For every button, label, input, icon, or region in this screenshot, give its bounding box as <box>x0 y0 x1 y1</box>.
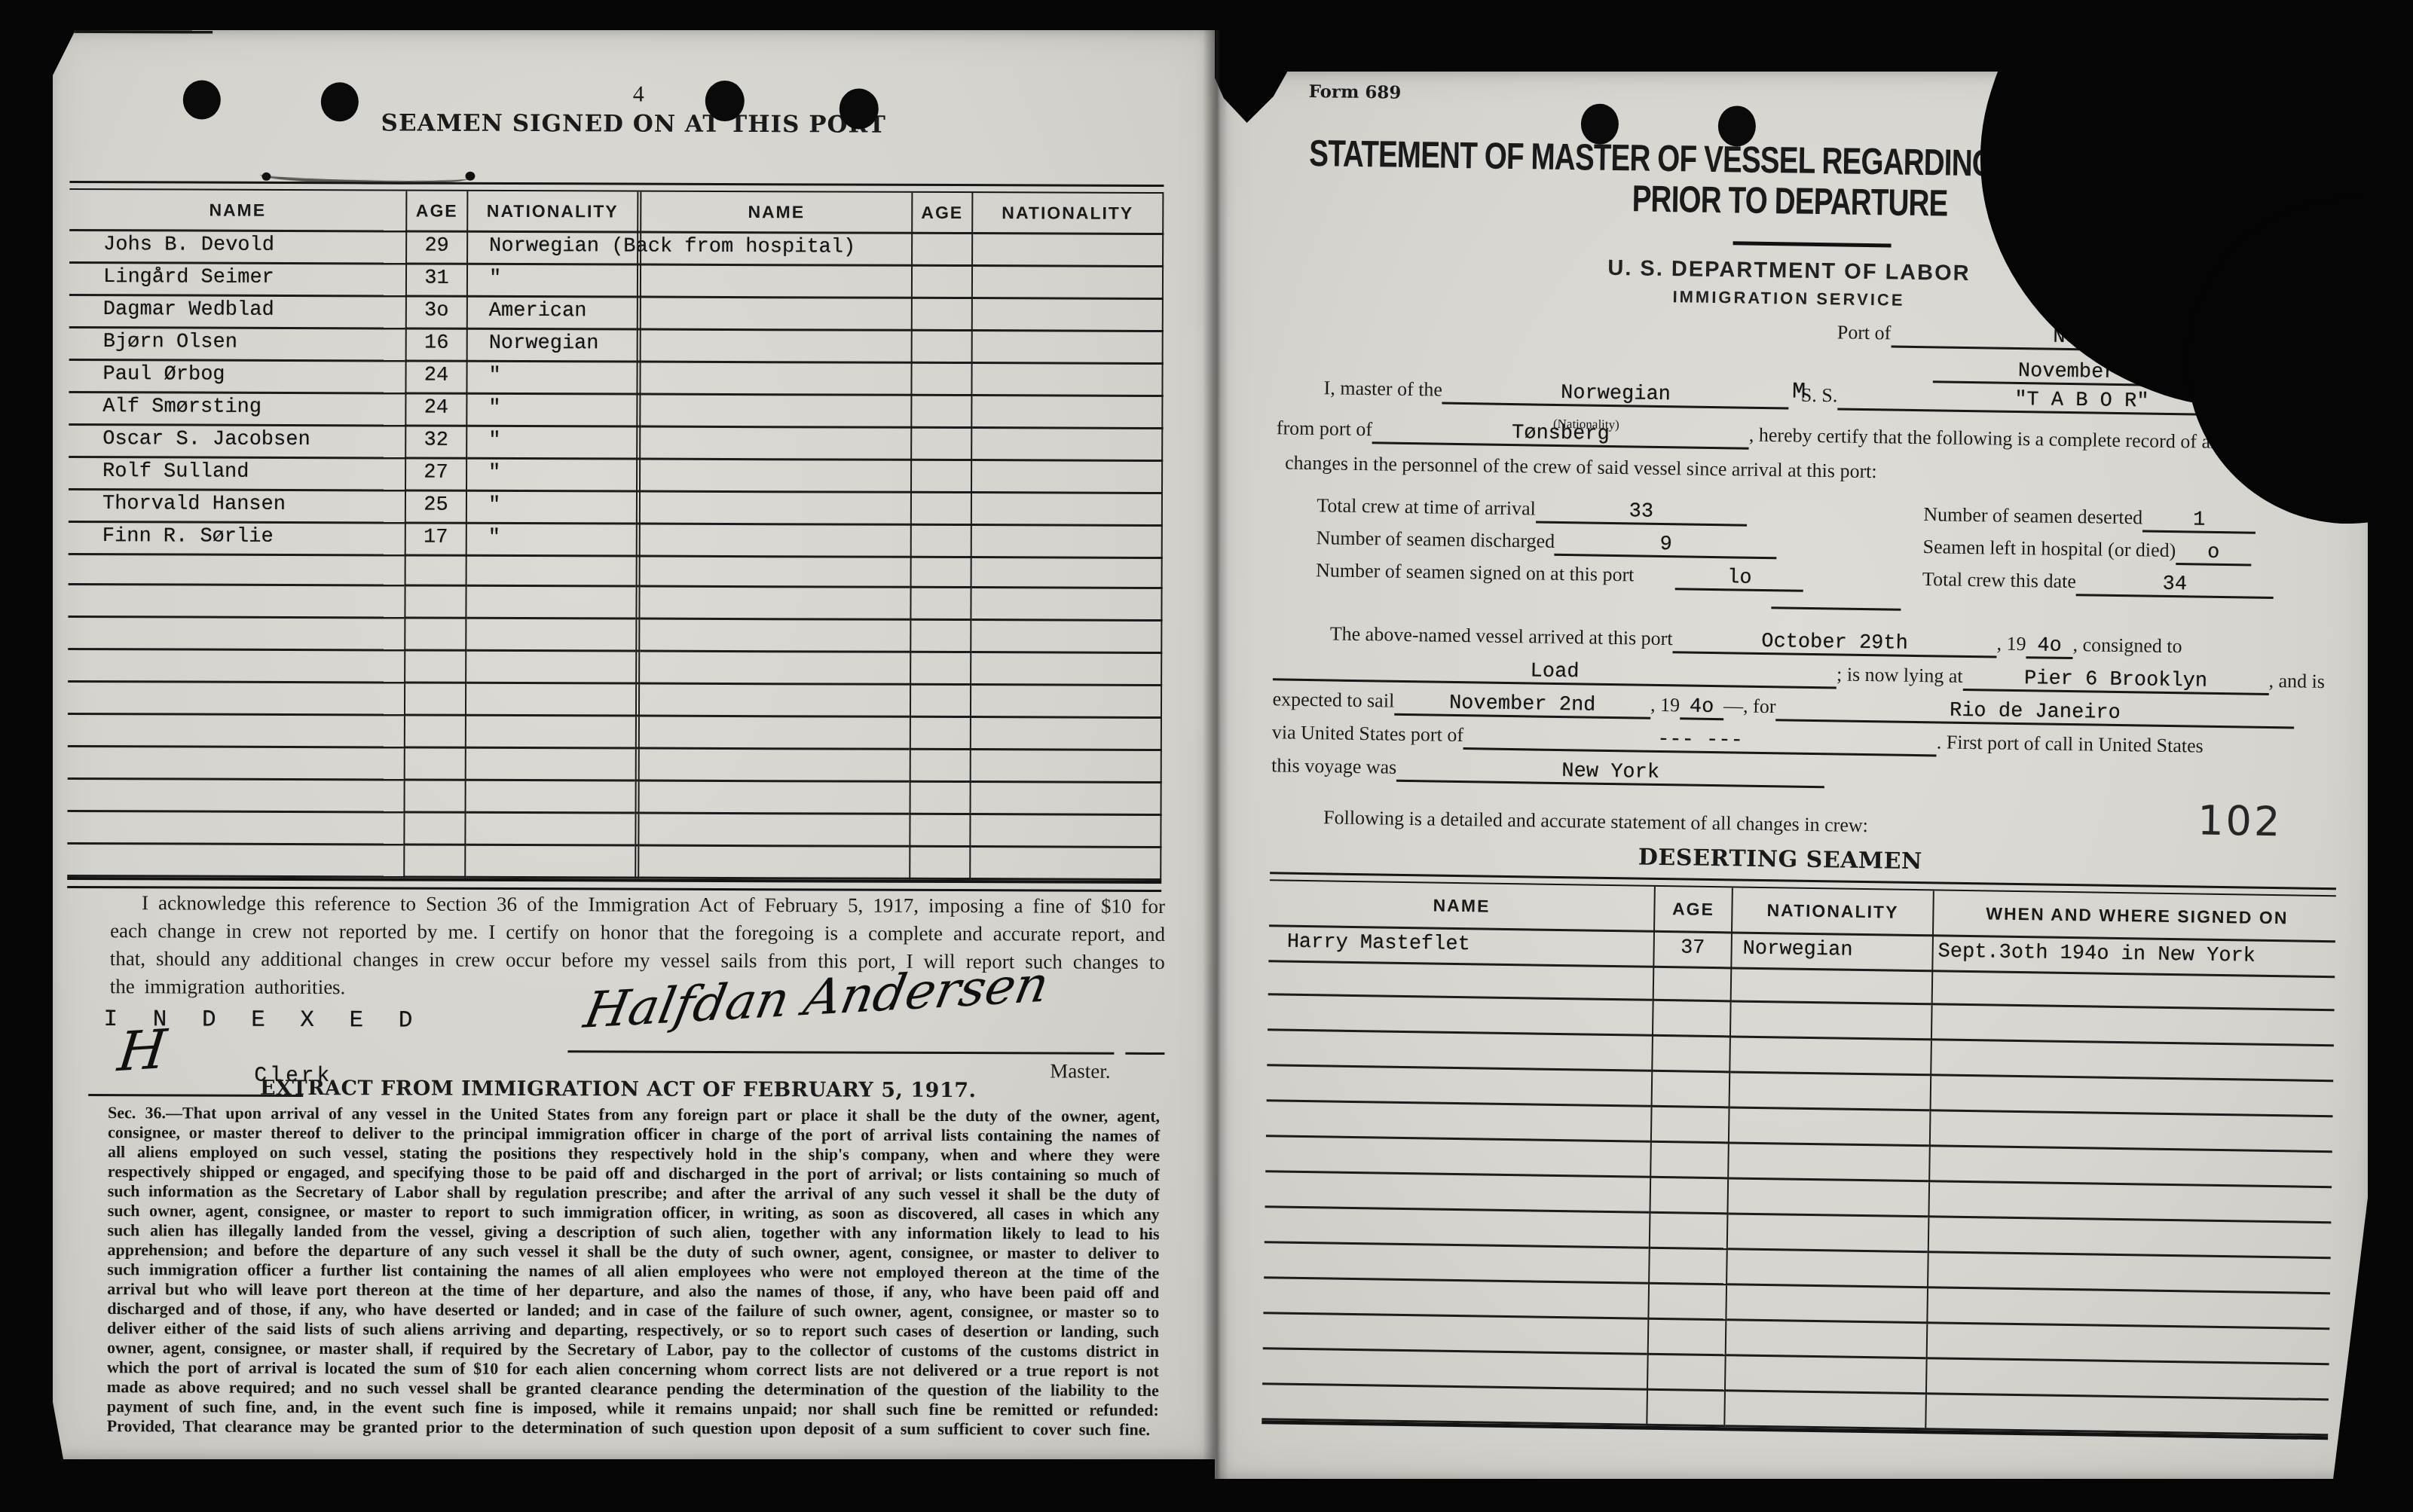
stat-hospital: Seamen left in hospital (or died)o <box>1922 536 2251 567</box>
col-header-age-2: AGE <box>911 193 973 234</box>
master-signature-line-end <box>1125 1052 1164 1055</box>
table-row: Lingård Seimer 31 " <box>69 261 1164 298</box>
table-row: Paul Ørbog 24 " <box>69 359 1163 395</box>
signed-on-table: NAME AGE NATIONALITY NAME AGE NATIONALIT… <box>67 181 1164 892</box>
stat-total-date: Total crew this date34 <box>1922 568 2274 599</box>
table-row: Dagmar Wedblad 3o American <box>69 294 1164 330</box>
col-header-nationality: NATIONALITY <box>1733 887 1933 936</box>
table-row-empty <box>68 715 1162 751</box>
following-line: Following is a detailed and accurate sta… <box>1323 806 1868 837</box>
vessel-nationality: Norwegian <box>1561 382 1671 406</box>
table-row: Oscar S. Jacobsen 32 " <box>69 423 1163 460</box>
vessel-prefix: S. S. <box>1801 384 1838 407</box>
punch-hole <box>705 81 745 121</box>
stamp-number: 102 <box>2197 797 2283 846</box>
left-page: 4 SEAMEN SIGNED ON AT THIS PORT NAME AGE… <box>53 30 1215 1459</box>
voyage-was-line: this voyage wasNew York <box>1271 754 1825 788</box>
table-row-empty <box>69 553 1163 589</box>
stat-total-arrival: Total crew at time of arrival33 <box>1317 494 1747 527</box>
via-line: via United States port of--- ---. First … <box>1272 721 2204 761</box>
form-number: Form 689 <box>1308 81 1401 103</box>
table-row-empty <box>68 780 1162 816</box>
punch-hole <box>183 80 221 119</box>
from-port-line: from port ofTønsberg, hereby certify tha… <box>1277 417 2222 457</box>
deserting-seamen-table: NAME AGE NATIONALITY WHEN AND WHERE SIGN… <box>1262 872 2336 1440</box>
table-row: Rolf Sulland 27 " <box>69 456 1163 492</box>
stat-discharged: Number of seamen discharged9 <box>1316 527 1777 559</box>
spare-blank-line <box>1771 606 1901 611</box>
punch-hole <box>840 89 879 130</box>
page-title: SEAMEN SIGNED ON AT THIS PORT <box>53 108 1215 139</box>
table-row-empty <box>68 747 1162 783</box>
right-page: Tabor 10/31 Form 689 STATEMENT OF MASTER… <box>1215 72 2368 1479</box>
section-divider <box>53 30 213 34</box>
title-divider <box>1733 241 1892 247</box>
table-row-empty <box>68 585 1162 622</box>
vessel-name: "T A B O R" <box>2014 389 2149 414</box>
table-row: Bjørn Olsen 16 Norwegian <box>69 326 1164 362</box>
col-header-age: AGE <box>405 191 468 232</box>
stat-signed-on: Number of seamen signed on at this portl… <box>1316 559 1804 592</box>
col-header-nationality: NATIONALITY <box>468 191 637 234</box>
col-header-name: NAME <box>69 190 405 233</box>
col-header-age: AGE <box>1653 887 1733 934</box>
arrived-line: The above-named vessel arrived at this p… <box>1330 622 2182 661</box>
scanned-document-spread: 4 SEAMEN SIGNED ON AT THIS PORT NAME AGE… <box>0 0 2413 1512</box>
table-row: Finn R. Sørlie 17 " <box>69 521 1163 557</box>
table-row-empty <box>68 650 1162 686</box>
ink-dot <box>261 173 271 181</box>
section-36-text: Sec. 36.—That upon arrival of any vessel… <box>107 1103 1161 1440</box>
table-row: Johs B. Devold 29 Norwegian (Back from h… <box>69 229 1164 265</box>
typed-m: M <box>1792 380 1806 405</box>
table-row: Thorvald Hansen 25 " <box>69 488 1163 524</box>
table-row-empty <box>68 618 1162 654</box>
from-port-value: Tønsberg <box>1512 422 1610 446</box>
stat-deserted: Number of seamen deserted1 <box>1923 503 2255 534</box>
table-row-empty <box>68 683 1162 719</box>
certify-line2: changes in the personnel of the crew of … <box>1285 452 1877 484</box>
col-header-name-2: NAME <box>641 192 911 234</box>
master-signature-line <box>567 1050 1114 1055</box>
table-row: Alf Smørsting 24 " <box>69 391 1163 427</box>
ink-dot <box>465 172 475 181</box>
page-number: 4 <box>633 82 644 108</box>
punch-hole <box>321 82 359 121</box>
center-fold <box>1203 30 1228 1479</box>
col-header-nationality-2: NATIONALITY <box>973 193 1164 235</box>
table-header-row: NAME AGE NATIONALITY NAME AGE NATIONALIT… <box>69 190 1164 233</box>
table-row-empty <box>67 845 1161 881</box>
table-row-empty <box>67 812 1161 848</box>
clerk-initials-handwriting: H <box>115 1017 170 1083</box>
extract-heading: EXTRACT FROM IMMIGRATION ACT OF FEBRUARY… <box>94 1076 1142 1103</box>
